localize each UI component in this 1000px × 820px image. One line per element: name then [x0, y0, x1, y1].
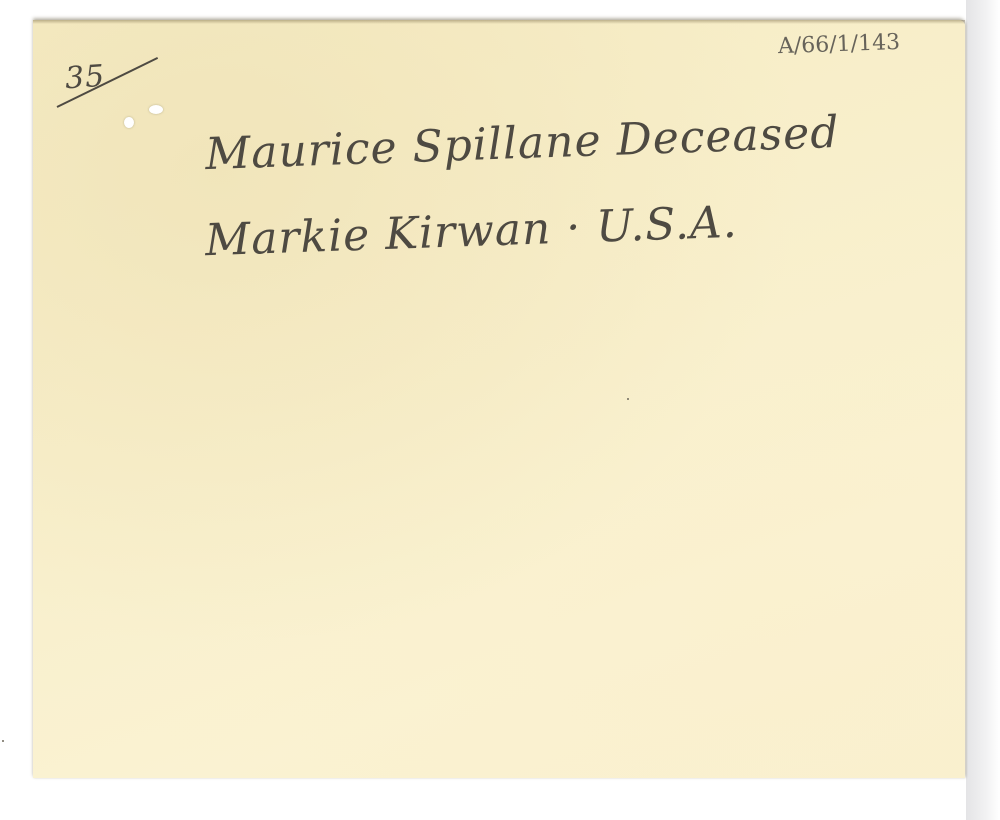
paper-top-edge-shadow	[33, 20, 965, 24]
folio-number: 35	[64, 59, 107, 97]
punch-hole	[124, 117, 134, 128]
punch-hole	[149, 105, 163, 114]
handwritten-line-recipient: Markie Kirwan · U.S.A.	[204, 197, 738, 267]
paper-slip: 35 A/66/1/143 Maurice Spillane Deceased …	[33, 20, 965, 778]
scan-speck	[2, 740, 4, 742]
scan-background-strip	[966, 0, 1000, 820]
paper-speck	[627, 398, 629, 400]
archive-reference-code: A/66/1/143	[778, 30, 901, 59]
handwritten-line-deceased: Maurice Spillane Deceased	[204, 107, 840, 180]
